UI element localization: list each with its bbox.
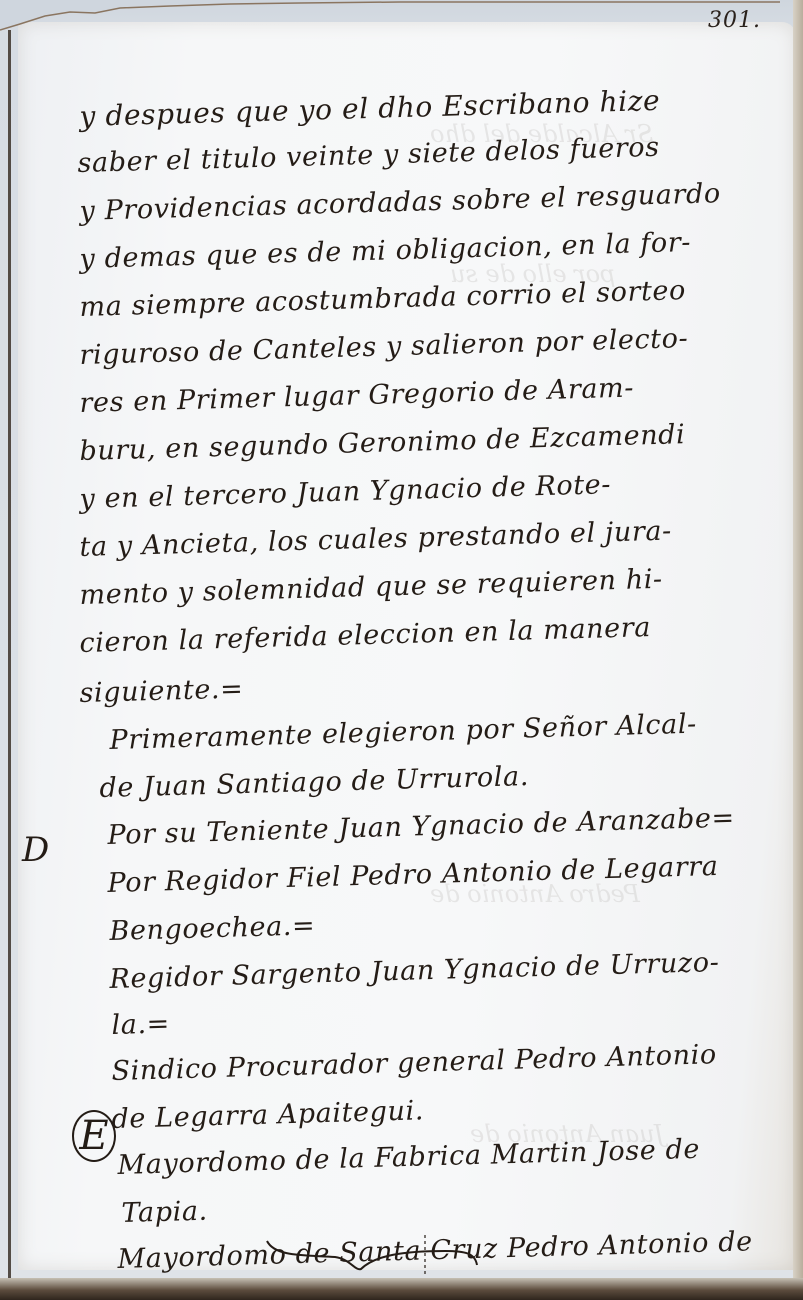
margin-mark-d: D xyxy=(22,830,49,870)
text-line: de Juan Santiago de Urrurola. xyxy=(99,761,529,804)
rubric-flourish xyxy=(265,1235,485,1275)
text-line: Por Regidor Fiel Pedro Antonio de Legarr… xyxy=(107,851,719,899)
text-line: la.= xyxy=(111,1008,170,1041)
text-line: ma siempre acostumbrada corrio el sorteo xyxy=(79,275,686,323)
text-line: riguroso de Canteles y salieron por elec… xyxy=(79,323,689,371)
text-line: saber el titulo veinte y siete delos fue… xyxy=(77,132,660,179)
text-line: y demas que es de mi obligacion, en la f… xyxy=(79,227,691,275)
text-line: Por su Teniente Juan Ygnacio de Aranzabe… xyxy=(107,802,735,851)
text-line: de Legarra Apaitegui. xyxy=(111,1095,424,1135)
text-line: Regidor Sargento Juan Ygnacio de Urruzo- xyxy=(109,947,720,995)
text-line: res en Primer lugar Gregorio de Aram- xyxy=(79,373,634,419)
text-line: Mayordomo de la Fabrica Martin Jose de xyxy=(117,1134,700,1181)
text-line: ta y Ancieta, los cuales prestando el ju… xyxy=(79,515,672,563)
text-line: siguiente.= xyxy=(79,673,244,709)
margin-mark-e: E xyxy=(72,1110,116,1162)
text-line: Sindico Procurador general Pedro Antonio xyxy=(111,1039,717,1087)
text-line: Primeramente elegieron por Señor Alcal- xyxy=(109,709,697,756)
text-line: Bengoechea.= xyxy=(109,910,316,947)
text-line: y Providencias acordadas sobre el resgua… xyxy=(79,178,721,227)
text-line: y en el tercero Juan Ygnacio de Rote- xyxy=(79,469,611,515)
text-line: buru, en segundo Geronimo de Ezcamendi xyxy=(79,419,686,467)
text-line: y despues que yo el dho Escribano hize xyxy=(79,84,661,133)
text-line: Tapia. xyxy=(121,1196,208,1229)
text-line: cieron la referida eleccion en la manera xyxy=(79,612,651,659)
manuscript-scan: Sr Alcalde del dho por ello de su Pedro … xyxy=(0,0,803,1300)
manuscript-text: y despues que yo el dho Escribano hize s… xyxy=(0,0,803,1300)
text-line: mento y solemnidad que se requieren hi- xyxy=(79,564,663,611)
